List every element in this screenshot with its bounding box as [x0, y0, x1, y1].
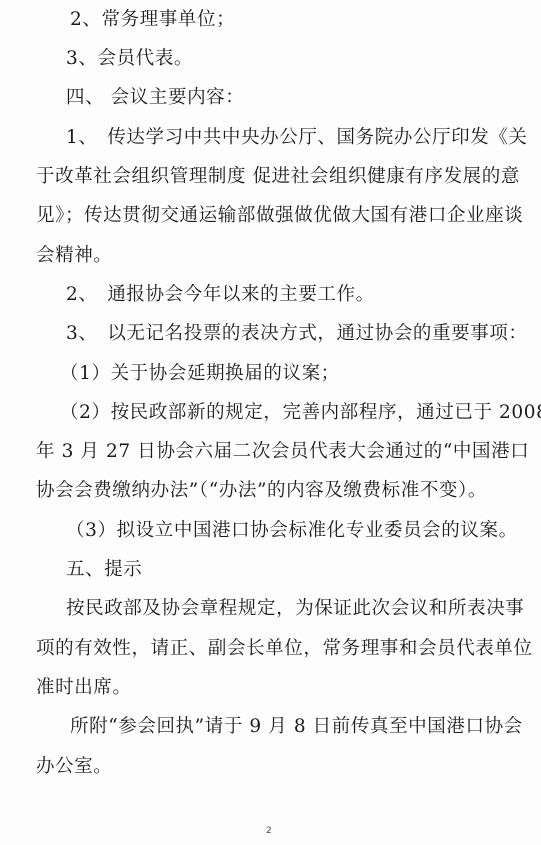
document-page: 2、常务理事单位； 3、会员代表。 四、 会议主要内容： 1、 传达学习中共中央… [0, 0, 541, 845]
paragraph-line: 办公室。 [36, 755, 112, 779]
paragraph-line: 年 3 月 27 日协会六届二次会员代表大会通过的“中国港口 [36, 440, 529, 464]
list-item-member-reps: 3、会员代表。 [66, 47, 193, 71]
sub-item-2: （2）按民政部新的规定，完善内部程序，通过已于 2008 [60, 401, 541, 425]
paragraph-line: 准时出席。 [36, 676, 132, 700]
list-item: 3、 以无记名投票的表决方式，通过协会的重要事项： [66, 322, 528, 346]
section-heading-4: 四、 会议主要内容： [66, 86, 244, 110]
paragraph-line: 见》；传达贯彻交通运输部做强做优做大国有港口企业座谈 [36, 204, 523, 228]
paragraph-line: 所附“参会回执”请于 9 月 8 日前传真至中国港口协会 [70, 715, 523, 739]
paragraph-line: 于改革社会组织管理制度 促进社会组织健康有序发展的意 [36, 165, 520, 189]
section-heading-5: 五、提示 [66, 558, 142, 582]
page-number: 2 [266, 826, 272, 836]
sub-item-3: （3）拟设立中国港口协会标准化专业委员会的议案。 [66, 519, 518, 543]
paragraph-line: 协会会费缴纳办法”（“办法”的内容及缴费标准不变）。 [36, 479, 487, 503]
list-item: 2、 通报协会今年以来的主要工作。 [66, 283, 375, 307]
paragraph-line: 1、 传达学习中共中央办公厅、国务院办公厅印发《关 [66, 126, 528, 150]
list-item-standing-directors: 2、常务理事单位； [70, 8, 235, 32]
paragraph-line: 会精神。 [36, 244, 112, 268]
paragraph-line: 按民政部及协会章程规定，为保证此次会议和所表决事 [66, 597, 524, 621]
sub-item-1: （1）关于协会延期换届的议案； [60, 362, 340, 386]
paragraph-line: 项的有效性，请正、副会长单位，常务理事和会员代表单位 [36, 637, 533, 661]
